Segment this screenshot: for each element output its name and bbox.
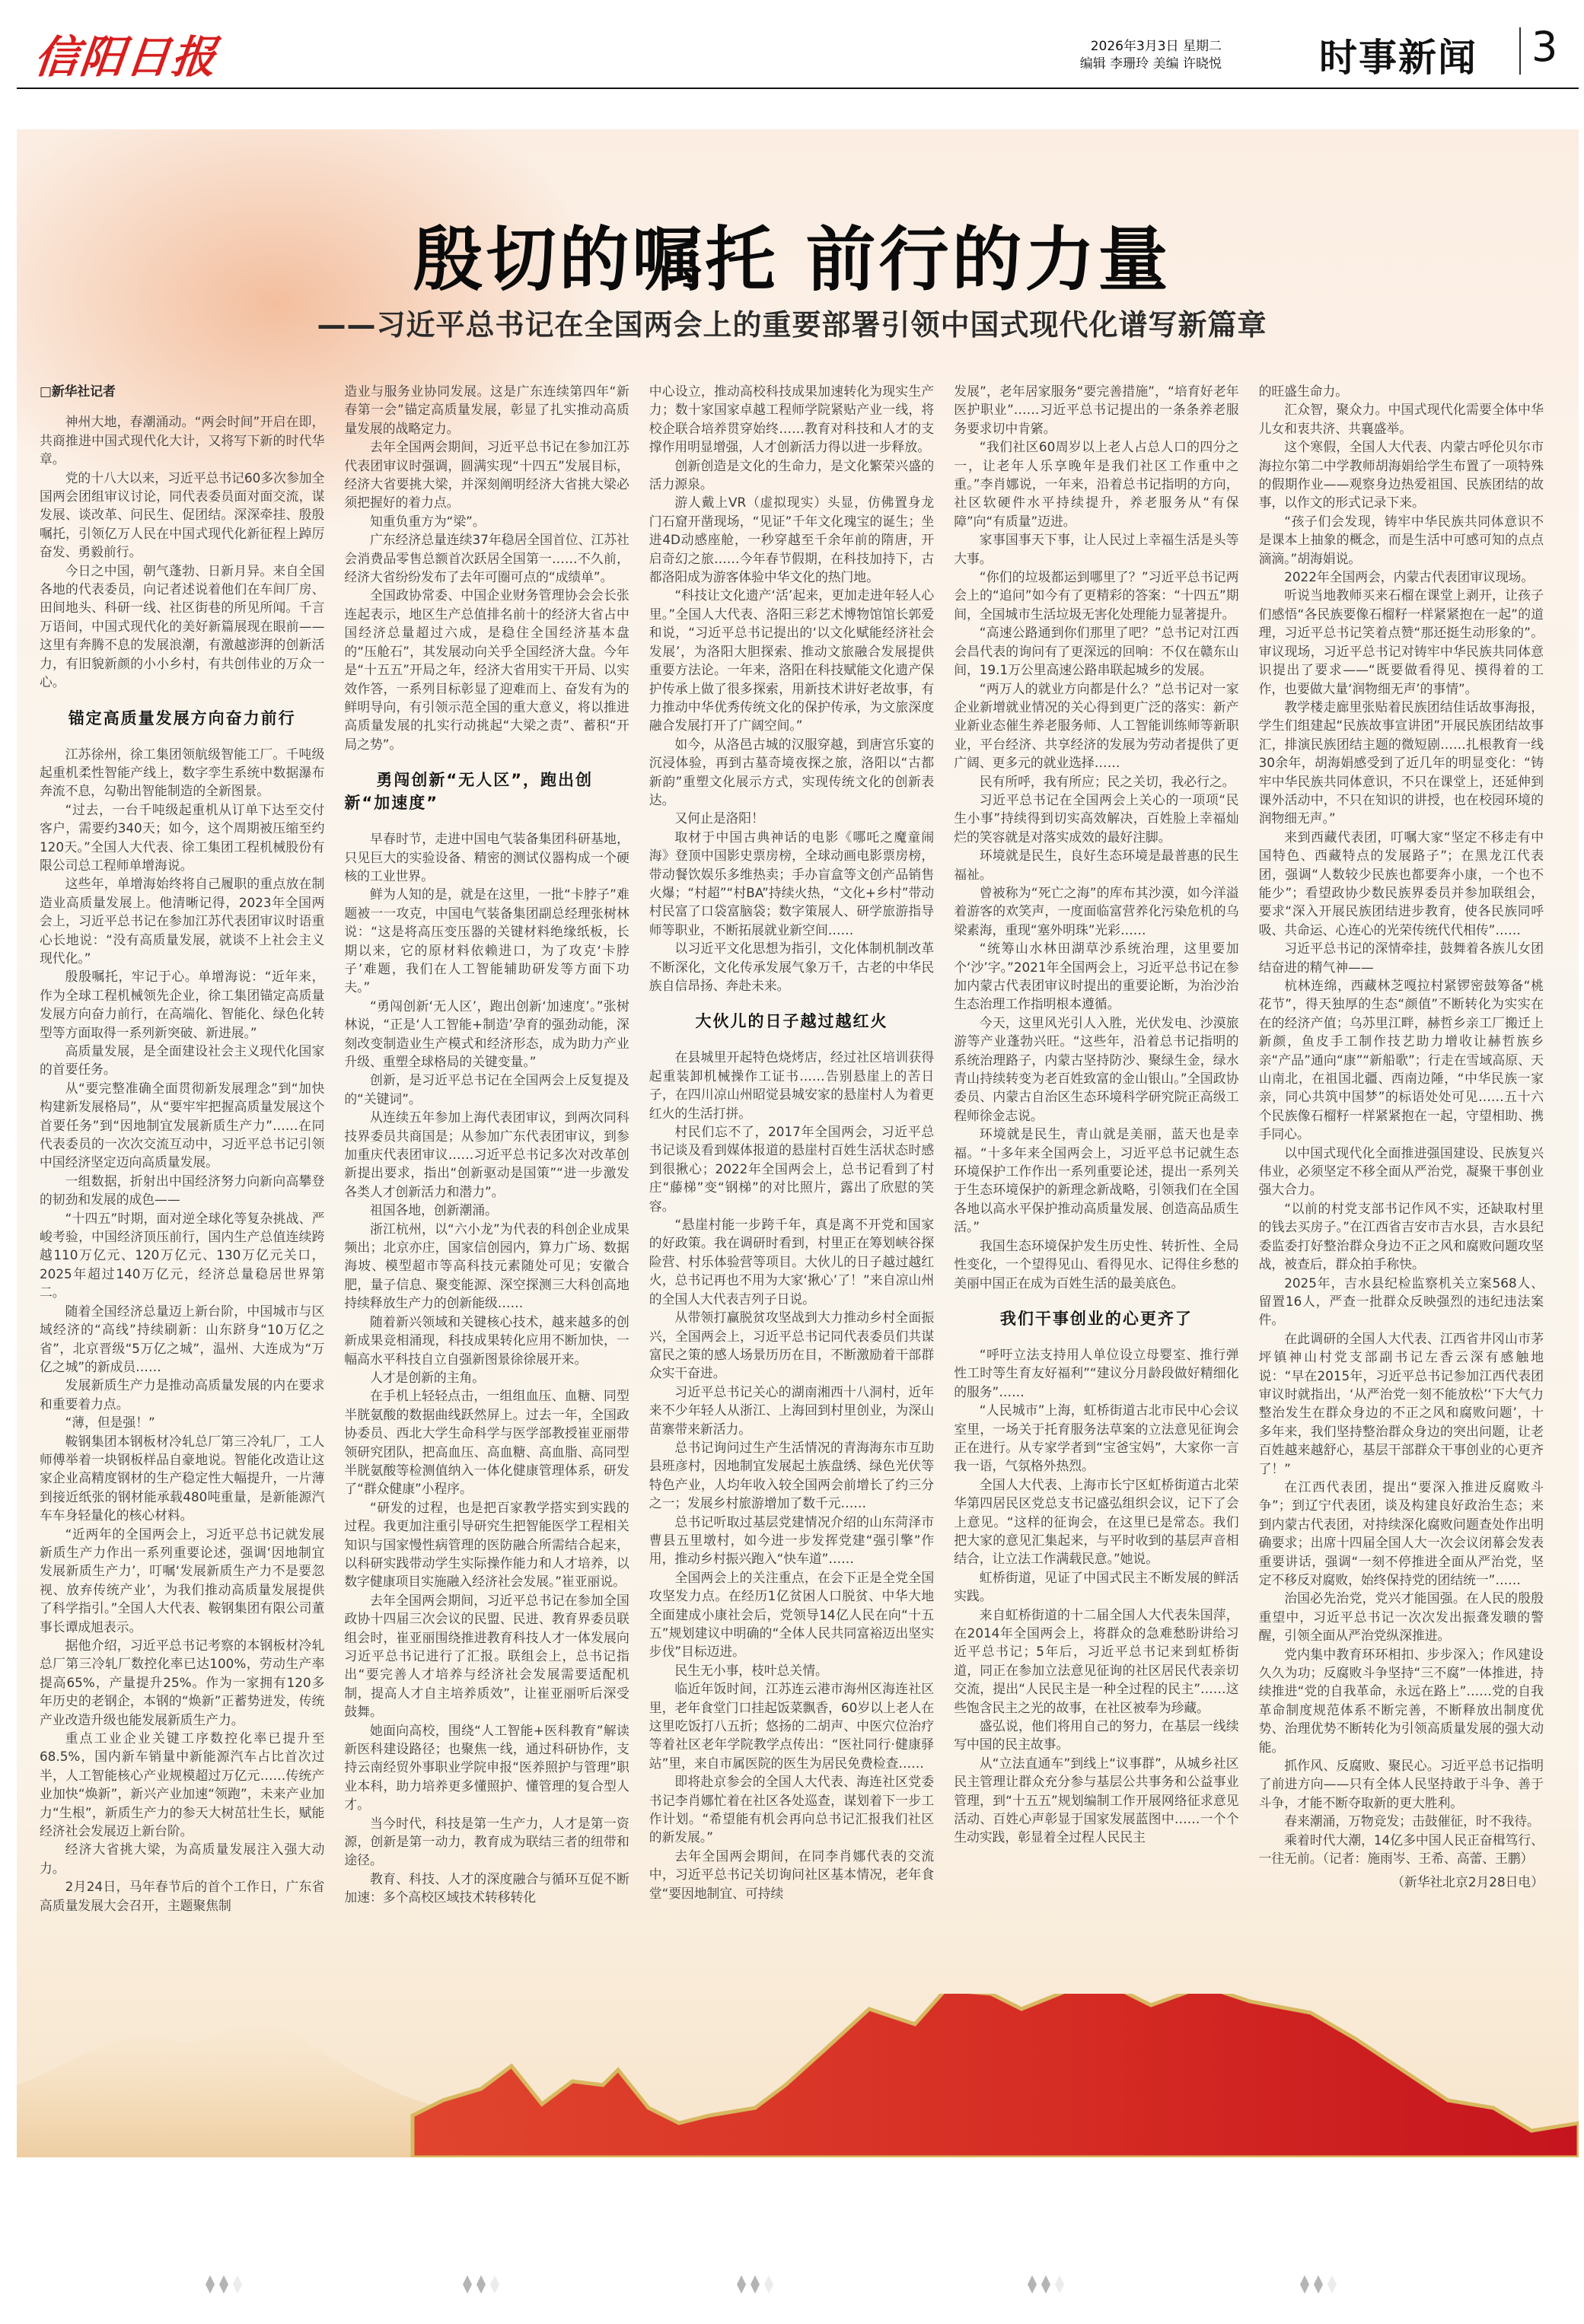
article-body: □新华社记者 神州大地，春潮涌动。“两会时间”开启在即，共商推进中国式现代化大计… [40,382,1544,2033]
paragraph: 教学楼走廊里张贴着民族团结佳话故事海报，学生们组建起“民族故事宣讲团”开展民族团… [1259,698,1544,828]
paragraph: 创新创造是文化的生命力，是文化繁荣兴盛的活力源泉。 [649,457,934,494]
diamond-ornament-icon [463,2275,499,2294]
diamond-ornament-icon [206,2275,242,2294]
paragraph: 在手机上轻轻点击，一组组血压、血糖、同型半胱氨酸的数据曲线跃然屏上。过去一年，全… [344,1386,629,1498]
paragraph: 以习近平文化思想为指引，文化体制机制改革不断深化，文化传承发展气象万千，古老的中… [649,939,934,995]
paragraph: 江苏徐州，徐工集团领航级智能工厂。千吨级起重机柔性智能产线上，数字孪生系统中数据… [40,745,324,801]
paragraph: 习近平总书记在全国两会上关心的一项项“民生小事”持续得到切实高效解决，百姓脸上幸… [954,791,1238,846]
masthead-divider [1519,27,1521,75]
paragraph: 神州大地，春潮涌动。“两会时间”开启在即，共商推进中国式现代化大计，又将写下新的… [40,412,324,468]
paragraph: 这个寒假，全国人大代表、内蒙古呼伦贝尔市海拉尔第二中学教师胡海娟给学生布置了一项… [1259,438,1544,512]
section-heading: 我们干事创业的心更齐了 [954,1307,1238,1330]
mountain-illustration [17,1994,1579,2157]
paragraph: 去年全国两会期间，在同李肖娜代表的交流中，习近平总书记关切询问社区基本情况，老年… [649,1847,934,1902]
paragraph: “以前的村党支部书记作风不实，还缺取村里的钱去买房子。”在江西省吉安市吉水县，吉… [1259,1199,1544,1274]
paragraph: “人民城市”上海，虹桥街道古北市民中心会议室里，一场关于托育服务法草案的立法意见… [954,1401,1238,1476]
paragraph: 在江西代表团，提出“要深入推进反腐败斗争”；到辽宁代表团，谈及构建良好政治生态；… [1259,1478,1544,1589]
paragraph: 全国人大代表、上海市长宁区虹桥街道古北荣华第四居民区党总支书记盛弘组织会议，记下… [954,1476,1238,1568]
paragraph: 来自虹桥街道的十二届全国人大代表朱国萍，在2014年全国两会上，将群众的急难愁盼… [954,1606,1238,1717]
paragraph: 2月24日，马年春节后的首个工作日，广东省高质量发展大会召开，主题聚焦制 [40,1877,324,1915]
section-heading: 大伙儿的日子越过越红火 [649,1010,934,1033]
masthead-rule [17,88,1579,89]
paragraph: 春来潮涌，万物竞发；击鼓催征，时不我待。 [1259,1812,1544,1830]
paragraph: 她面向高校，围绕“人工智能+医科教育”解读新医科建设路径；也聚焦一线，通过科研协… [344,1721,629,1814]
paragraph: 临近年饭时间，江苏连云港市海州区海连社区里，老年食堂门口挂起饭菜飘香，60岁以上… [649,1679,934,1772]
paragraph: 习近平总书记的深情牵挂，鼓舞着各族儿女团结奋进的精气神—— [1259,939,1544,976]
paragraph: 一组数据，折射出中国经济努力向新向高攀登的韧劲和发展的成色—— [40,1172,324,1209]
paragraph: 早春时节，走进中国电气装备集团科研基地，只见巨大的实验设备、精密的测试仪器构成一… [344,829,629,885]
paragraph: 造业与服务业协同发展。这是广东连续第四年“新春第一会”锚定高质量发展，彰显了扎实… [344,382,629,438]
paragraph: “过去，一台千吨级起重机从订单下达至交付客户，需要约340天；如今，这个周期被压… [40,801,324,875]
paragraph: 殷殷嘱托，牢记于心。单增海说：“近年来，作为全球工程机械领先企业，徐工集团锚定高… [40,967,324,1042]
article-column-2: 造业与服务业协同发展。这是广东连续第四年“新春第一会”锚定高质量发展，彰显了扎实… [344,382,629,2033]
paragraph: 从带领打赢脱贫攻坚战到大力推动乡村全面振兴，全国两会上，习近平总书记同代表委员们… [649,1308,934,1383]
paragraph: 2025年，吉水县纪检监察机关立案568人、留置16人，严查一批群众反映强烈的违… [1259,1274,1544,1329]
paragraph: 随着新兴领域和关键核心技术，越来越多的创新成果竞相涌现，科技成果转化应用不断加快… [344,1313,629,1368]
paragraph: 乘着时代大潮，14亿多中国人民正奋楫笃行、一往无前。（记者：施雨岑、王希、高蕾、… [1259,1831,1544,1868]
paragraph: “十四五”时期，面对逆全球化等复杂挑战、严峻考验，中国经济顶压前行，国内生产总值… [40,1209,324,1302]
paragraph: 鲜为人知的是，就是在这里，一批“卡脖子”难题被一一攻克，中国电气装备集团副总经理… [344,885,629,996]
paragraph: 今天，这里风光引人入胜，光伏发电、沙漠旅游等产业蓬勃兴旺。“这些年，沿着总书记指… [954,1014,1238,1125]
paragraph: 家事国事天下事，让人民过上幸福生活是头等大事。 [954,530,1238,568]
section-name: 时事新闻 [1319,27,1477,82]
paragraph: “近两年的全国两会上，习近平总书记就发展新质生产力作出一系列重要论述，强调‘因地… [40,1525,324,1636]
diamond-ornament-icon [1300,2275,1337,2294]
paragraph: 的旺盛生命力。 [1259,382,1544,400]
paragraph: “你们的垃圾都运到哪里了？”习近平总书记两会上的“追问”如今有了更精彩的答案：“… [954,568,1238,623]
paragraph: 治国必先治党，党兴才能国强。在人民的殷殷重望中，习近平总书记一次次发出振聋发聩的… [1259,1589,1544,1644]
paragraph: 抓作风、反腐败、聚民心。习近平总书记指明了前进方向——只有全体人民坚持敢于斗争、… [1259,1756,1544,1812]
paragraph: 环境就是民生，良好生态环境是最普惠的民生福祉。 [954,846,1238,883]
paragraph: 即将赴京参会的全国人大代表、海连社区党委书记李肖娜忙着在社区各处巡查，谋划着下一… [649,1772,934,1847]
issue-meta: 2026年3月3日 星期二 编辑 李珊玲 美编 许晓悦 [1080,38,1222,73]
paragraph: 党内集中教育环环相扣、步步深入；作风建设久久为功；反腐败斗争坚持“三不腐”一体推… [1259,1645,1544,1756]
paragraph: 听说当地教师买来石榴在课堂上剥开，让孩子们感悟“各民族要像石榴籽一样紧紧抱在一起… [1259,586,1544,697]
paragraph: 去年全国两会期间，习近平总书记在参加全国政协十四届三次会议的民盟、民进、教育界委… [344,1591,629,1721]
diamond-ornament-icon [1028,2275,1064,2294]
paragraph: 全国两会上的关注重点，在会下正是全党全国攻坚发力点。在经历1亿贫困人口脱贫、中华… [649,1568,934,1661]
paragraph: 发展”，老年居家服务“要完善措施”，“培育好老年医护职业”……习近平总书记提出的… [954,382,1238,438]
paragraph: 今日之中国，朝气蓬勃、日新月异。来自全国各地的代表委员，向记者述说着他们在车间厂… [40,562,324,692]
paragraph: 祖国各地，创新潮涌。 [344,1201,629,1219]
paragraph: 人才是创新的主角。 [344,1368,629,1386]
paragraph: 这些年，单增海始终将自己履职的重点放在制造业高质量发展上。他清晰记得，2023年… [40,874,324,967]
paragraph: 随着全国经济总量迈上新台阶，中国城市与区域经济的“高线”持续刷新：山东跻身“10… [40,1302,324,1377]
article-column-5: 的旺盛生命力。汇众智，聚众力。中国式现代化需要全体中华儿女和衷共济、共襄盛举。这… [1259,382,1544,2033]
paragraph: “科技让文化遗产‘活’起来，更加走进年轻人心里。”全国人大代表、洛阳三彩艺术博物… [649,586,934,734]
paragraph: 环境就是民生，青山就是美丽，蓝天也是幸福。“十多年来全国两会上，习近平总书记就生… [954,1125,1238,1236]
paragraph: 杭林连绵，西藏林芝嘎拉村紧锣密鼓筹备“桃花节”，得天独厚的生态“颜值”不断转化为… [1259,976,1544,1144]
paragraph: 广东经济总量连续37年稳居全国首位、江苏社会消费品零售总额首次跃居全国第一……不… [344,530,629,586]
paragraph: 游人戴上VR（虚拟现实）头显，仿佛置身龙门石窟开凿现场，“见证”千年文化瑰宝的诞… [649,493,934,586]
diamond-ornament-icon [737,2275,773,2294]
article-column-1: □新华社记者 神州大地，春潮涌动。“两会时间”开启在即，共商推进中国式现代化大计… [40,382,324,2033]
masthead: 信阳日报 2026年3月3日 星期二 编辑 李珊玲 美编 许晓悦 时事新闻 3 [0,0,1584,90]
paragraph: 从“立法直通车”到线上“议事群”，从城乡社区民主管理让群众充分参与基层公共事务和… [954,1754,1238,1847]
section-heading: 勇闯创新“无人区”，跑出创新“加速度” [344,769,629,814]
paragraph: 盛弘说，他们将用自己的努力，在基层一线续写中国的民主故事。 [954,1717,1238,1754]
paragraph: 民有所呼，我有所应；民之关切，我必行之。 [954,772,1238,791]
paragraph: 高质量发展，是全面建设社会主义现代化国家的首要任务。 [40,1042,324,1079]
paragraph: 曾被称为“死亡之海”的库布其沙漠，如今洋溢着游客的欢笑声，一度面临富营养化污染危… [954,883,1238,939]
paragraph: 总书记听取过基层党建情况介绍的山东菏泽市曹县五里墩村，如今进一步发挥党建“强引擎… [649,1513,934,1568]
paragraph: 虹桥街道，见证了中国式民主不断发展的鲜活实践。 [954,1568,1238,1606]
paragraph: “悬崖村能一步跨千年，真是离不开党和国家的好政策。我在调研时看到，村里正在筹划峡… [649,1215,934,1308]
footer-ornaments [0,2275,1584,2298]
paragraph: 去年全国两会期间，习近平总书记在参加江苏代表团审议时强调，圆满实现“十四五”发展… [344,438,629,512]
article-subheadline: ——习近平总书记在全国两会上的重要部署引领中国式现代化谱写新篇章 [0,301,1584,343]
page-number: 3 [1531,23,1557,71]
paragraph: “薄，但是强！” [40,1413,324,1431]
paragraph: 如今，从洛邑古城的汉服穿越，到唐宫乐宴的沉浸体验，再到古墓奇境夜探之旅，洛阳以“… [649,735,934,810]
newspaper-logo: 信阳日报 [32,21,222,85]
paragraph: “高速公路通到你们那里了吧？”总书记对江西会昌代表的询问有了更深远的回响：不仅在… [954,623,1238,679]
paragraph: 据他介绍，习近平总书记考察的本钢板材冷轧总厂第三冷轧厂数控化率已达100%，劳动… [40,1636,324,1729]
paragraph: 重点工业企业关键工序数控化率已提升至68.5%，国内新车销量中新能源汽车占比首次… [40,1729,324,1840]
paragraph: 2022年全国两会，内蒙古代表团审议现场。 [1259,568,1544,586]
paragraph: 民生无小事，枝叶总关情。 [649,1661,934,1679]
paragraph: 取材于中国古典神话的电影《哪吒之魔童闹海》登顶中国影史票房榜，全球动画电影票房榜… [649,828,934,939]
dateline: （新华社北京2月28日电） [1259,1873,1544,1891]
paragraph: 来到西藏代表团，叮嘱大家“坚定不移走有中国特色、西藏特点的发展路子”；在黑龙江代… [1259,828,1544,939]
paragraph: 知重负重方为“梁”。 [344,512,629,530]
paragraph: 中心设立，推动高校科技成果加速转化为现实生产力；数十家国家卓越工程师学院紧贴产业… [649,382,934,457]
article-column-3: 中心设立，推动高校科技成果加速转化为现实生产力；数十家国家卓越工程师学院紧贴产业… [649,382,934,2033]
article-column-4: 发展”，老年居家服务“要完善措施”，“培育好老年医护职业”……习近平总书记提出的… [954,382,1238,2033]
paragraph: “我们社区60周岁以上老人占总人口的四分之一，让老年人乐享晚年是我们社区工作重中… [954,438,1238,530]
paragraph: 全国政协常委、中国企业财务管理协会会长张连起表示，地区生产总值排名前十的经济大省… [344,586,629,753]
section-heading: 锚定高质量发展方向奋力前行 [40,707,324,730]
paragraph: “研发的过程，也是把百家教学搭实到实践的过程。我更加注重引导研究生把智能医学工程… [344,1498,629,1591]
paragraph: 浙江杭州，以“六小龙”为代表的科创企业成果频出；北京亦庄，国家信创园内，算力广场… [344,1220,629,1313]
paragraph: “两万人的就业方向都是什么？”总书记对一家企业新增就业情况的关心得到更广泛的落实… [954,680,1238,772]
editors-credit: 编辑 李珊玲 美编 许晓悦 [1080,56,1222,73]
paragraph: 鞍钢集团本钢板材冷轧总厂第三冷轧厂，工人师傅举着一块钢板样品自豪地说。智能化改造… [40,1432,324,1525]
paragraph: “统筹山水林田湖草沙系统治理，这里要加个‘沙’字。”2021年全国两会上，习近平… [954,939,1238,1014]
article-headline: 殷切的嘱托 前行的力量 [0,204,1584,304]
byline: □新华社记者 [40,382,324,400]
paragraph: 创新，是习近平总书记在全国两会上反复提及的“关键词”。 [344,1071,629,1108]
paragraph: 在此调研的全国人大代表、江西省井冈山市茅坪镇神山村党支部副书记左香云深有感触地说… [1259,1329,1544,1478]
paragraph: 总书记询问过生产生活情况的青海海东市互助县班彦村，因地制宜发展起土族盘绣、绿色光… [649,1438,934,1513]
paragraph: 从连续五年参加上海代表团审议，到两次同科技界委员共商国是；从参加广东代表团审议，… [344,1108,629,1201]
paragraph: 经济大省挑大梁，为高质量发展注入强大动力。 [40,1840,324,1877]
paragraph: 当今时代，科技是第一生产力，人才是第一资源，创新是第一动力，教育成为联结三者的纽… [344,1814,629,1870]
paragraph: “孩子们会发现，铸牢中华民族共同体意识不是课本上抽象的概念，而是生活中可感可知的… [1259,512,1544,568]
paragraph: 我国生态环境保护发生历史性、转折性、全局性变化，一个望得见山、看得见水、记得住乡… [954,1237,1238,1292]
paragraph: 习近平总书记关心的湖南湘西十八洞村，近年来不少年轻人从浙江、上海回到村里创业，为… [649,1383,934,1438]
paragraph: 从“要完整准确全面贯彻新发展理念”到“加快构建新发展格局”，从“要牢牢把握高质量… [40,1079,324,1172]
paragraph: 以中国式现代化全面推进强国建设、民族复兴伟业，必须坚定不移全面从严治党，凝聚干事… [1259,1144,1544,1199]
paragraph: “勇闯创新‘无人区’，跑出创新‘加速度’。”张树林说，“正是‘人工智能+制造’孕… [344,997,629,1071]
paragraph: 党的十八大以来，习近平总书记60多次参加全国两会团组审议讨论，同代表委员面对面交… [40,469,324,562]
issue-date: 2026年3月3日 星期二 [1080,38,1222,56]
paragraph: 又何止是洛阳！ [649,809,934,827]
paragraph: 汇众智，聚众力。中国式现代化需要全体中华儿女和衷共济、共襄盛举。 [1259,400,1544,438]
paragraph: 教育、科技、人才的深度融合与循环互促不断加速：多个高校区域技术转移转化 [344,1870,629,1907]
paragraph: 村民们忘不了，2017年全国两会，习近平总书记谈及看到媒体报道的悬崖村百姓生活状… [649,1122,934,1215]
paragraph: 发展新质生产力是推动高质量发展的内在要求和重要着力点。 [40,1376,324,1413]
paragraph: “呼吁立法支持用人单位设立母婴室、推行弹性工时等生育友好福利”“建议分月龄段做好… [954,1345,1238,1401]
paragraph: 在县城里开起特色烧烤店，经过社区培训获得起重装卸机械操作工证书……告别悬崖上的苦… [649,1048,934,1122]
